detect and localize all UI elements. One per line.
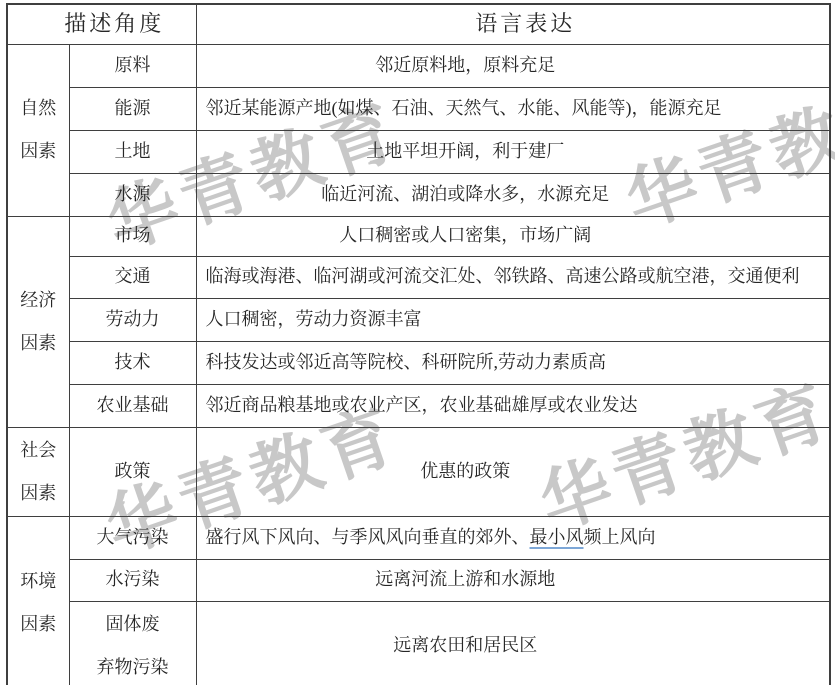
header-describe-angle: 描述角度 [7,4,196,44]
category-line: 因素 [9,472,68,515]
factor-water-source: 水源 [69,173,196,216]
table-row: 环境 因素 大气污染 盛行风下风向、与季风风向垂直的郊外、最小风频上风向 [7,516,830,559]
location-factors-document: 华青教育 华青教育 华青教育 华青教育 描述角度 语言表达 自然 因素 原料 邻… [0,0,835,685]
category-economic-factors: 经济 因素 [7,216,69,427]
category-line: 因素 [9,322,68,365]
table-row: 经济 因素 市场 人口稠密或人口密集，市场广阔 [7,216,830,256]
desc-market: 人口稠密或人口密集，市场广阔 [196,216,830,256]
desc-agricultural-base: 邻近商品粮基地或农业产区，农业基础雄厚或农业发达 [196,384,830,427]
table-row: 技术 科技发达或邻近高等院校、科研院所,劳动力素质高 [7,341,830,384]
category-environmental-factors: 环境 因素 [7,516,69,685]
table-row: 水污染 远离河流上游和水源地 [7,559,830,601]
table-row: 能源 邻近某能源产地(如煤、石油、天然气、水能、风能等)，能源充足 [7,87,830,130]
desc-transport: 临海或海港、临河湖或河流交汇处、邻铁路、高速公路或航空港，交通便利 [196,256,830,298]
category-line: 因素 [9,603,68,646]
factor-air-pollution: 大气污染 [69,516,196,559]
desc-solid-waste-pollution: 远离农田和居民区 [196,601,830,685]
desc-policy: 优惠的政策 [196,427,830,516]
location-factors-table: 描述角度 语言表达 自然 因素 原料 邻近原料地，原料充足 能源 邻近某能源产地… [6,3,831,685]
desc-labor: 人口稠密，劳动力资源丰富 [196,298,830,341]
desc-water-source: 临近河流、湖泊或降水多，水源充足 [196,173,830,216]
category-line: 社会 [9,429,68,472]
desc-land: 土地平坦开阔，利于建厂 [196,130,830,173]
desc-air-pollution: 盛行风下风向、与季风风向垂直的郊外、最小风频上风向 [196,516,830,559]
category-natural-factors: 自然 因素 [7,44,69,216]
table-header-row: 描述角度 语言表达 [7,4,830,44]
desc-air-pollution-underlined: 最小风 [530,527,584,547]
factor-solid-waste-pollution: 固体废 弃物污染 [69,601,196,685]
factor-line: 固体废 [71,603,195,646]
factor-energy: 能源 [69,87,196,130]
desc-raw-material: 邻近原料地，原料充足 [196,44,830,87]
factor-policy: 政策 [69,427,196,516]
table-row: 交通 临海或海港、临河湖或河流交汇处、邻铁路、高速公路或航空港，交通便利 [7,256,830,298]
table-row: 劳动力 人口稠密，劳动力资源丰富 [7,298,830,341]
category-social-factors: 社会 因素 [7,427,69,516]
category-line: 自然 [9,87,68,130]
table-row: 土地 土地平坦开阔，利于建厂 [7,130,830,173]
desc-energy: 邻近某能源产地(如煤、石油、天然气、水能、风能等)，能源充足 [196,87,830,130]
factor-line: 弃物污染 [71,646,195,685]
category-line: 经济 [9,279,68,322]
table-row: 社会 因素 政策 优惠的政策 [7,427,830,516]
category-line: 因素 [9,130,68,173]
desc-water-pollution: 远离河流上游和水源地 [196,559,830,601]
header-language-expression: 语言表达 [196,4,830,44]
table-row: 自然 因素 原料 邻近原料地，原料充足 [7,44,830,87]
factor-land: 土地 [69,130,196,173]
factor-transport: 交通 [69,256,196,298]
factor-raw-material: 原料 [69,44,196,87]
table-row: 固体废 弃物污染 远离农田和居民区 [7,601,830,685]
factor-agricultural-base: 农业基础 [69,384,196,427]
table-row: 水源 临近河流、湖泊或降水多，水源充足 [7,173,830,216]
desc-technology: 科技发达或邻近高等院校、科研院所,劳动力素质高 [196,341,830,384]
category-line: 环境 [9,560,68,603]
factor-water-pollution: 水污染 [69,559,196,601]
factor-technology: 技术 [69,341,196,384]
factor-market: 市场 [69,216,196,256]
desc-air-pollution-post: 频上风向 [584,527,656,547]
table-row: 农业基础 邻近商品粮基地或农业产区，农业基础雄厚或农业发达 [7,384,830,427]
desc-air-pollution-pre: 盛行风下风向、与季风风向垂直的郊外、 [206,527,530,547]
factor-labor: 劳动力 [69,298,196,341]
